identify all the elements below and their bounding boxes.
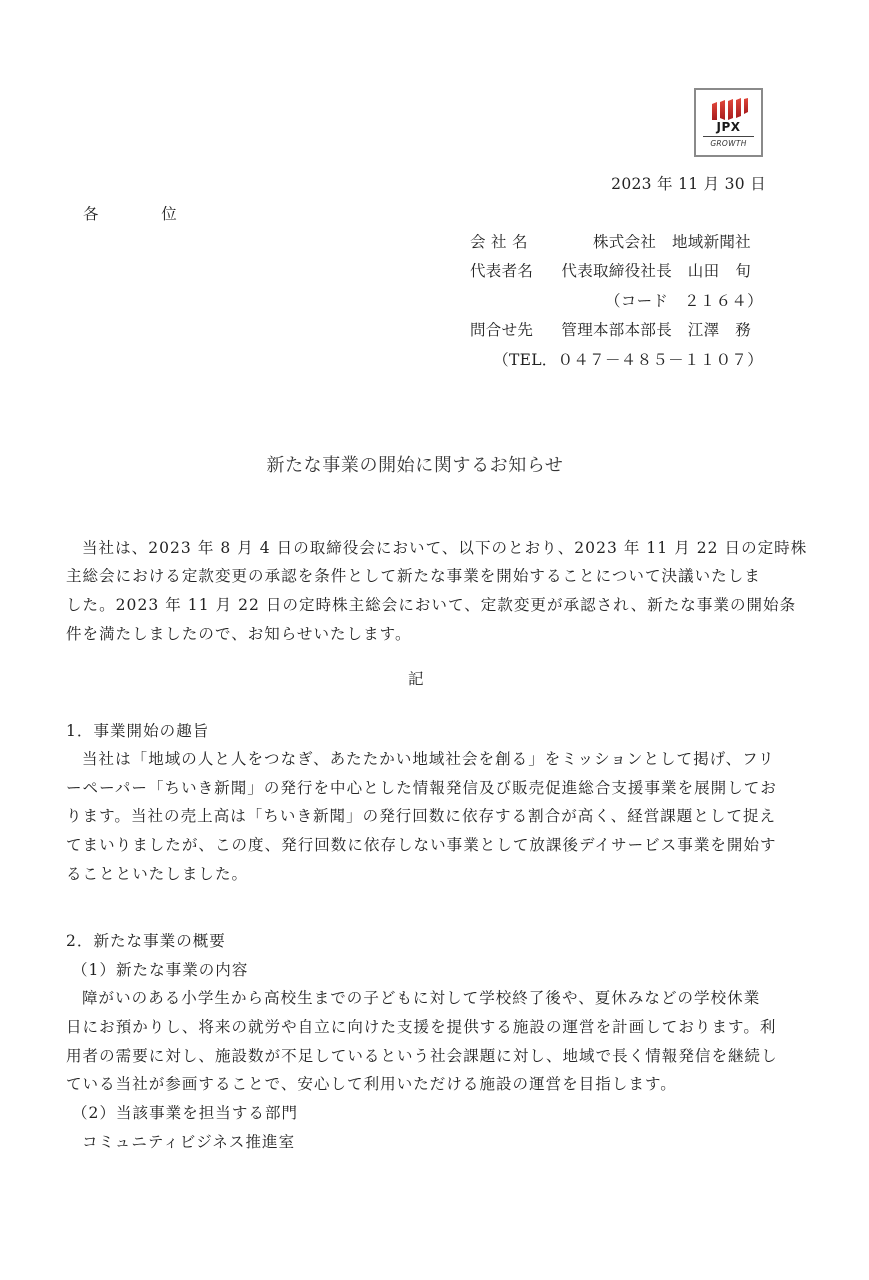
document-title: 新たな事業の開始に関するお知らせ — [0, 454, 830, 478]
addressee: 各 位 — [83, 204, 177, 224]
section-2-heading: 2．新たな事業の概要 — [66, 931, 226, 951]
section-1-heading: 1．事業開始の趣旨 — [66, 721, 209, 741]
company-name: 株式会社 地域新聞社 — [593, 232, 751, 252]
intro-line: 主総会における定款変更の承認を条件として新たな事業を開始することについて決議いた… — [66, 566, 761, 586]
jpx-growth-logo: JPX GROWTH — [694, 88, 763, 157]
section-2-1-line: ている当社が参画することで、安心して利用いただける施設の運営を目指します。 — [66, 1074, 677, 1094]
logo-jpx-text: JPX — [696, 121, 761, 133]
section-2-2-heading: （2）当該事業を担当する部門 — [72, 1103, 298, 1123]
contact-person: 管理本部本部長 江澤 務 — [561, 320, 751, 340]
jpx-bars-icon — [711, 98, 749, 120]
release-date: 2023 年 11 月 30 日 — [611, 174, 766, 194]
section-1-line: ーペーパー「ちいき新聞」の発行を中心とした情報発信及び販売促進総合支援事業を展開… — [66, 778, 777, 798]
contact-label: 問合せ先 — [470, 320, 533, 340]
intro-line: 当社は、2023 年 8 月 4 日の取締役会において、以下のとおり、2023 … — [82, 538, 807, 558]
logo-growth-text: GROWTH — [696, 139, 761, 148]
addressee-part-2: 位 — [161, 205, 177, 223]
securities-code: （コード ２１６４） — [605, 291, 763, 311]
section-1-line: 当社は「地域の人と人をつなぎ、あたたかい地域社会を創る」をミッションとして掲げ、… — [82, 749, 775, 769]
intro-line: 件を満たしましたので、お知らせいたします。 — [66, 624, 412, 644]
responsible-department: コミュニティビジネス推進室 — [82, 1132, 295, 1152]
company-label: 会 社 名 — [470, 232, 528, 252]
section-2-1-heading: （1）新たな事業の内容 — [72, 960, 248, 980]
representative-label: 代表者名 — [470, 261, 533, 281]
representative-name: 代表取締役社長 山田 旬 — [561, 261, 751, 281]
intro-line: した。2023 年 11 月 22 日の定時株主総会において、定款変更が承認され… — [66, 595, 796, 615]
section-1-line: ります。当社の売上高は「ちいき新聞」の発行回数に依存する割合が高く、経営課題とし… — [66, 806, 776, 826]
section-1-line: てまいりましたが、この度、発行回数に依存しない事業として放課後デイサービス事業を… — [66, 835, 777, 855]
logo-divider — [703, 136, 754, 137]
section-2-1-line: 障がいのある小学生から高校生までの子どもに対して学校終了後や、夏休みなどの学校休… — [82, 988, 760, 1008]
contact-tel: （TEL．０４７－４８５－１１０７） — [493, 350, 763, 370]
section-2-1-line: 日にお預かりし、将来の就労や自立に向けた支援を提供する施設の運営を計画しておりま… — [66, 1017, 776, 1037]
addressee-part-1: 各 — [83, 205, 99, 223]
section-1-line: ることといたしました。 — [66, 864, 248, 884]
ki-marker: 記 — [408, 669, 424, 689]
section-2-1-line: 用者の需要に対し、施設数が不足しているという社会課題に対し、地域で長く情報発信を… — [66, 1046, 778, 1066]
